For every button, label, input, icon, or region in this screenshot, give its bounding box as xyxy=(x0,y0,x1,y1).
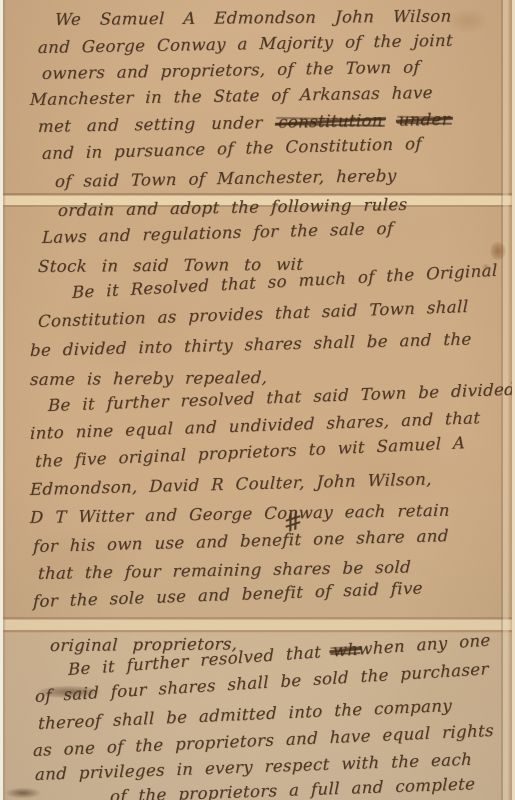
line-segment: met and setting under xyxy=(38,113,279,136)
manuscript-line: Laws and regulations for the sale of xyxy=(42,219,394,247)
manuscript-line: We Samuel A Edmondson John Wilson xyxy=(55,7,452,29)
line-segment: Manchester in the State of Arkansas have xyxy=(30,83,434,109)
line-segment: We Samuel A Edmondson John Wilson xyxy=(55,7,452,29)
line-segment: and in pursuance of the Constitution of xyxy=(42,134,422,163)
struck-out-word: constitution xyxy=(278,111,383,132)
manuscript-line: of said Town of Manchester, hereby xyxy=(55,166,397,191)
line-segment: ordain and adopt the following rules xyxy=(58,195,408,220)
struck-out-word: wh xyxy=(333,640,359,661)
line-segment: owners and proprietors, of the Town of xyxy=(42,57,421,83)
manuscript-line: that the four remaining shares be sold xyxy=(38,557,412,583)
line-segment: of said Town of Manchester, hereby xyxy=(55,166,397,191)
manuscript-line: same is hereby repealed, xyxy=(30,368,268,389)
line-segment: same is hereby repealed, xyxy=(30,368,268,389)
manuscript-line: Constitution as provides that said Town … xyxy=(38,297,469,331)
line-segment: D T Witter and George Conway each retain xyxy=(30,501,450,527)
manuscript-line: Manchester in the State of Arkansas have xyxy=(30,83,434,109)
line-segment: for the sole use and benefit of said fiv… xyxy=(33,578,423,611)
document-scan: We Samuel A Edmondson John Wilsonand Geo… xyxy=(0,0,515,800)
line-segment: and George Conway a Majority of the join… xyxy=(38,31,454,57)
manuscript-line: and George Conway a Majority of the join… xyxy=(38,31,454,57)
manuscript-line: and in pursuance of the Constitution of xyxy=(42,134,422,163)
manuscript-line: met and setting under constitution under xyxy=(38,110,451,136)
manuscript-line: for his own use and benefit one share an… xyxy=(33,526,449,556)
manuscript-line: for the sole use and benefit of said fiv… xyxy=(33,578,423,611)
line-segment: Edmondson, David R Coulter, John Wilson, xyxy=(30,469,432,499)
line-segment: Constitution as provides that said Town … xyxy=(38,297,469,331)
line-segment: Laws and regulations for the sale of xyxy=(42,219,394,247)
manuscript-line: be divided into thirty shares shall be a… xyxy=(30,329,472,360)
struck-out-word: under xyxy=(398,110,450,130)
manuscript-line: owners and proprietors, of the Town of xyxy=(42,57,421,83)
manuscript-line: D T Witter and George Conway each retain xyxy=(30,501,450,527)
manuscript-line: ordain and adopt the following rules xyxy=(58,195,408,220)
paper: We Samuel A Edmondson John Wilsonand Geo… xyxy=(0,0,515,800)
line-segment: for his own use and benefit one share an… xyxy=(33,526,449,556)
manuscript-line: Edmondson, David R Coulter, John Wilson, xyxy=(30,469,432,499)
line-segment: that the four remaining shares be sold xyxy=(38,557,412,583)
line-segment: when any one xyxy=(358,630,491,658)
line-segment: be divided into thirty shares shall be a… xyxy=(30,329,472,360)
manuscript-text: We Samuel A Edmondson John Wilsonand Geo… xyxy=(0,0,515,800)
